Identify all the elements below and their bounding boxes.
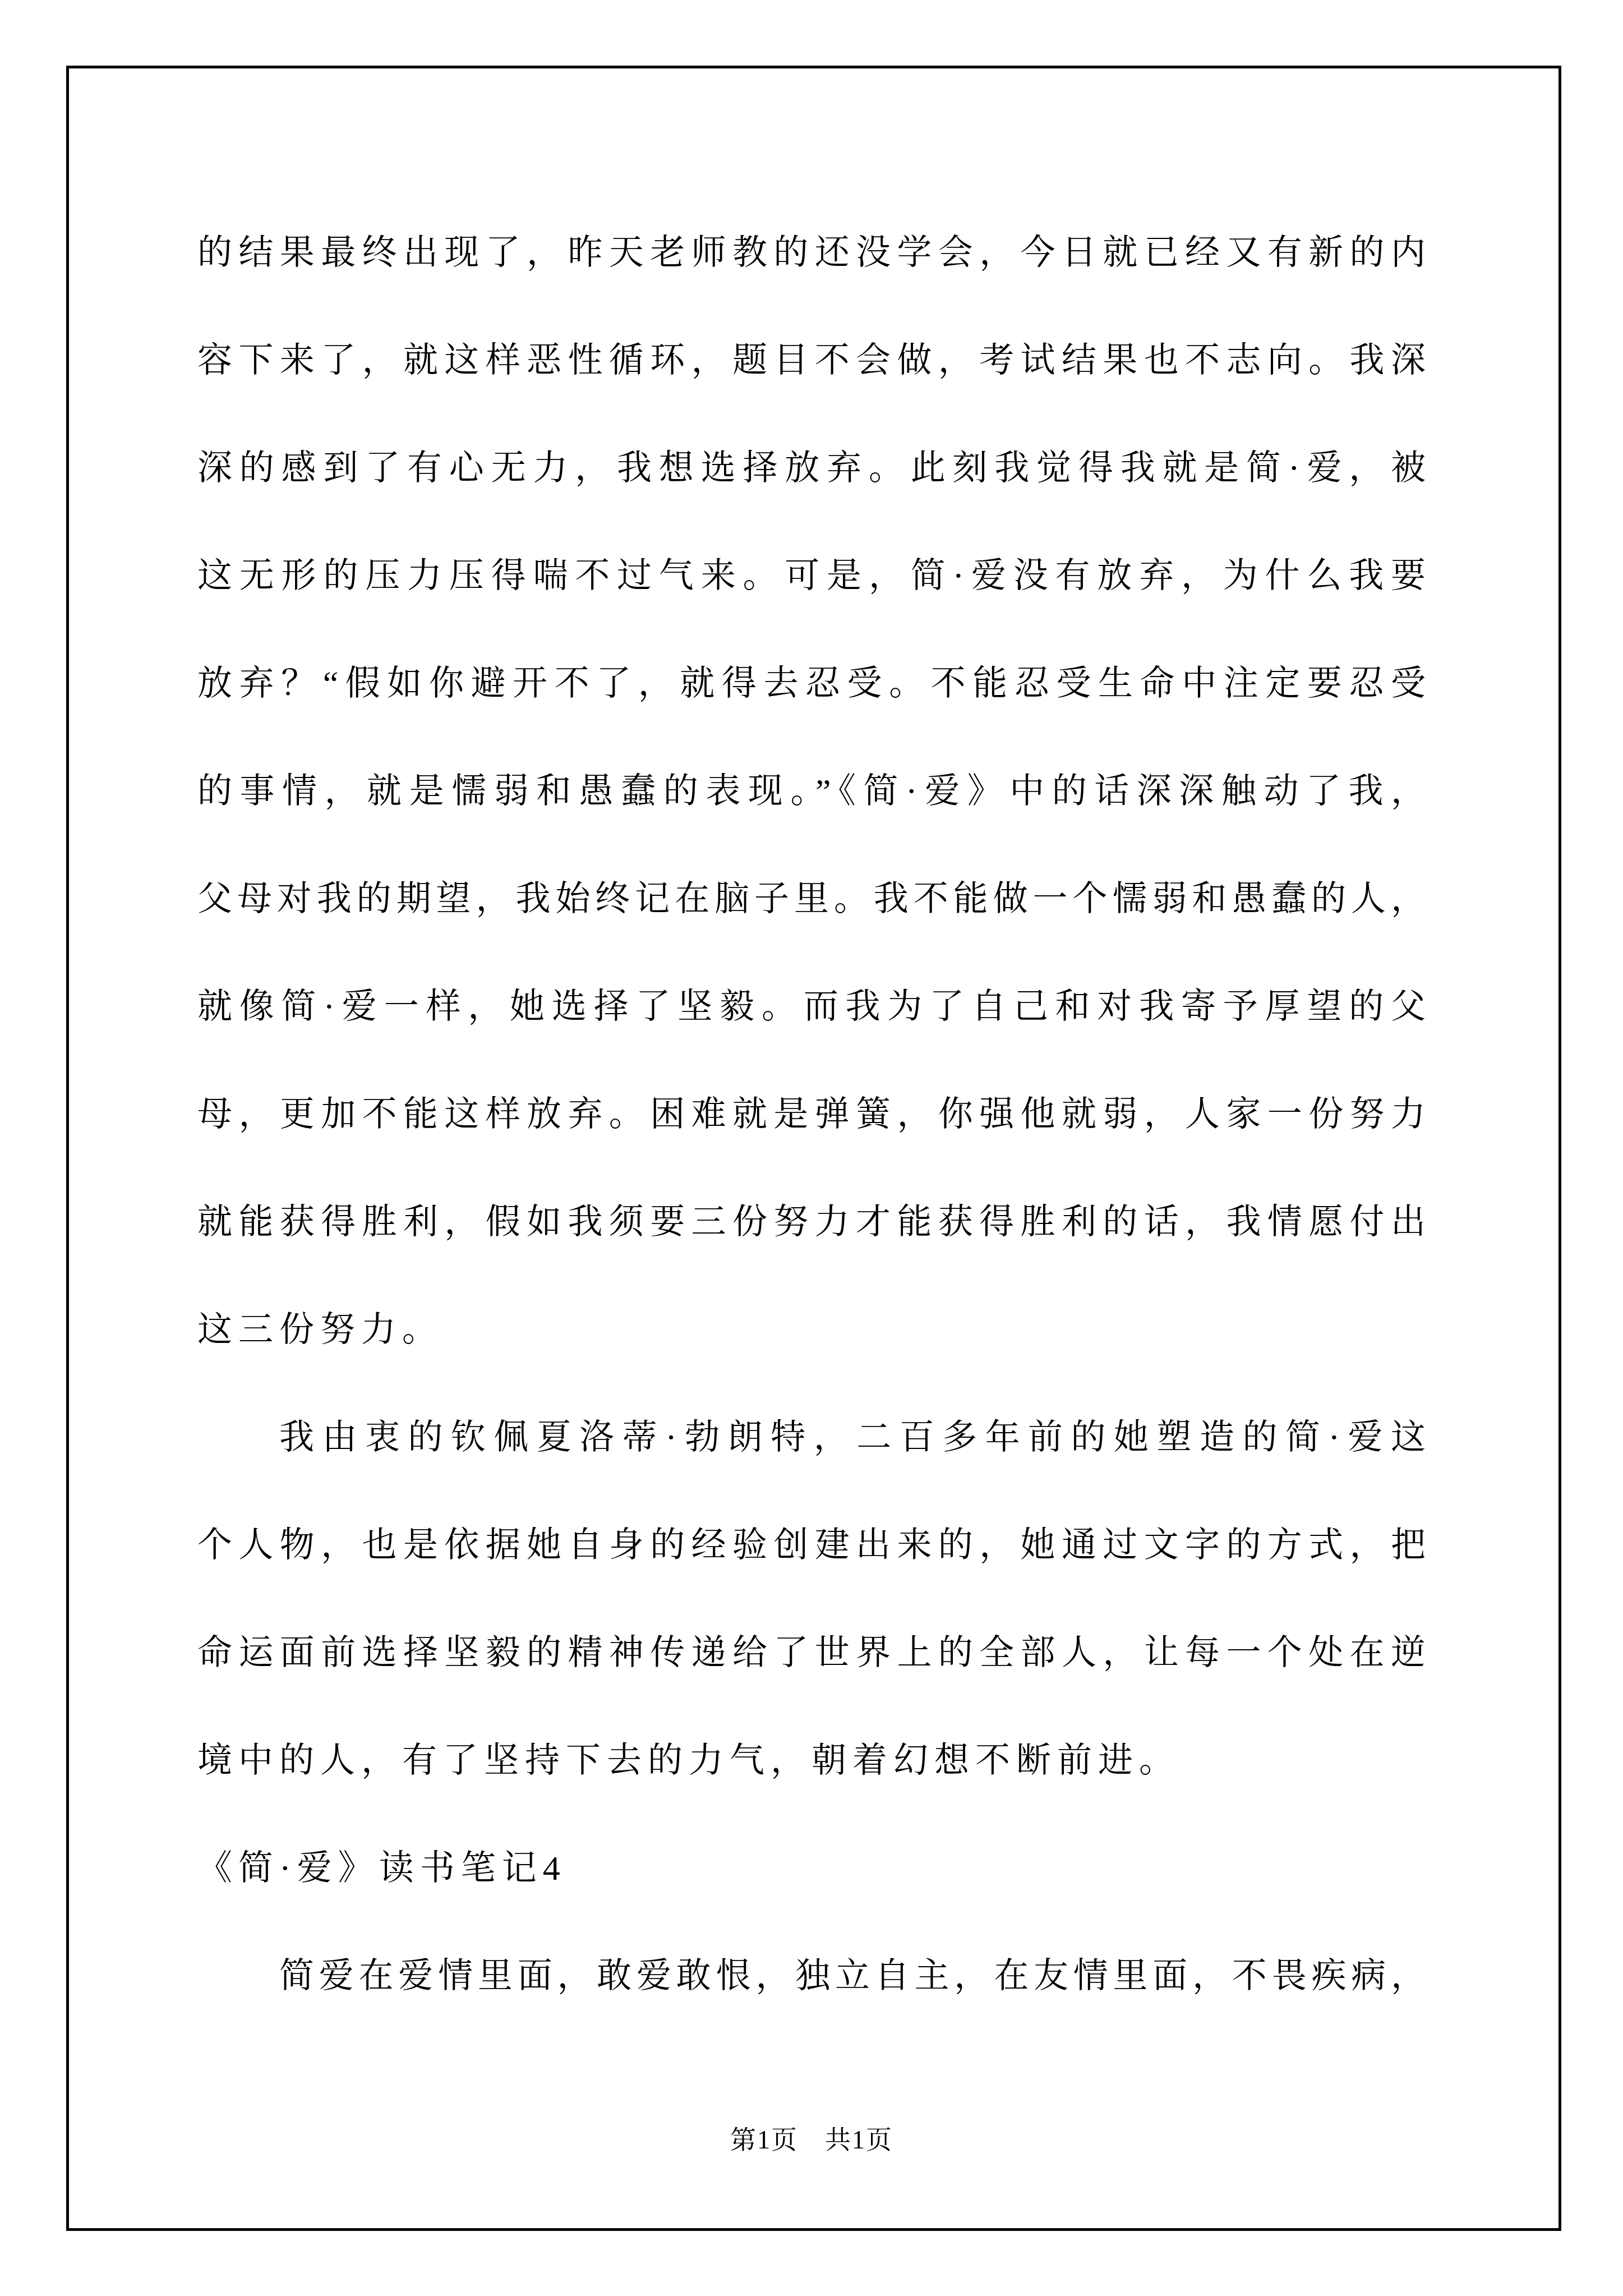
body-line: 深的感到了有心无力，我想选择放弃。此刻我觉得我就是简·爱，被: [197, 415, 1426, 522]
body-line: 的结果最终出现了，昨天老师教的还没学会，今日就已经又有新的内: [197, 199, 1426, 307]
body-line: 就像简·爱一样，她选择了坚毅。而我为了自己和对我寄予厚望的父: [197, 953, 1426, 1061]
body-line: 就能获得胜利，假如我须要三份努力才能获得胜利的话，我情愿付出: [197, 1168, 1426, 1276]
body-line: 这无形的压力压得喘不过气来。可是，简·爱没有放弃，为什么我要: [197, 522, 1426, 630]
body-line-paragraph-start: 简爱在爱情里面，敢爱敢恨，独立自主，在友情里面，不畏疾病，: [197, 1922, 1426, 2030]
body-line: 放弃？“假如你避开不了，就得去忍受。不能忍受生命中注定要忍受: [197, 630, 1426, 738]
body-line: 母，更加不能这样放弃。困难就是弹簧，你强他就弱，人家一份努力: [197, 1061, 1426, 1168]
body-line: 父母对我的期望，我始终记在脑子里。我不能做一个懦弱和愚蠢的人，: [197, 845, 1426, 953]
body-line: 个人物，也是依据她自身的经验创建出来的，她通过文字的方式，把: [197, 1492, 1426, 1599]
page-footer: 第1页 共1页: [0, 2123, 1623, 2157]
body-line-paragraph-end: 境中的人，有了坚持下去的力气，朝着幻想不断前进。: [197, 1707, 1426, 1815]
body-line: 的事情，就是懦弱和愚蠢的表现。”《简·爱》中的话深深触动了我，: [197, 738, 1426, 845]
document-page: 的结果最终出现了，昨天老师教的还没学会，今日就已经又有新的内 容下来了，就这样恶…: [0, 0, 1623, 2296]
body-line-paragraph-end: 这三份努力。: [197, 1276, 1426, 1384]
body-line: 容下来了，就这样恶性循环，题目不会做，考试结果也不志向。我深: [197, 307, 1426, 415]
body-line-paragraph-start: 我由衷的钦佩夏洛蒂·勃朗特，二百多年前的她塑造的简·爱这: [197, 1384, 1426, 1492]
body-line: 命运面前选择坚毅的精神传递给了世界上的全部人，让每一个处在逆: [197, 1599, 1426, 1707]
text-column: 的结果最终出现了，昨天老师教的还没学会，今日就已经又有新的内 容下来了，就这样恶…: [197, 199, 1426, 2030]
section-heading: 《简·爱》读书笔记4: [197, 1815, 1426, 1922]
